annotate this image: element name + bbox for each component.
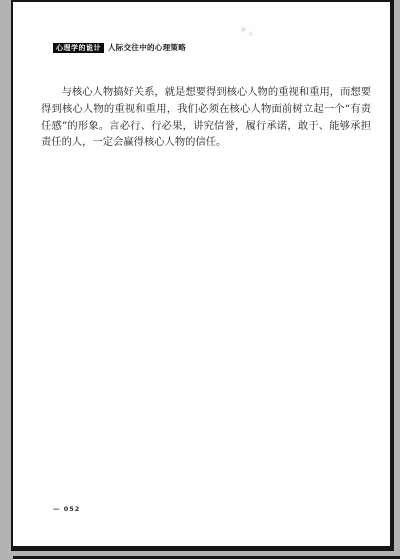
paragraph-line-4: 责任的人，一定会赢得核心人物的信任。 (41, 134, 371, 151)
book-subtitle: 人际交往中的心理策略 (108, 42, 186, 53)
book-title-badge: 心理学的诡计 (53, 43, 104, 53)
scanned-book-page-view: { "page": { "header": { "badge": "心理学的诡计… (0, 0, 400, 560)
paragraph-line-2: 得到核心人物的重视和重用，我们必须在核心人物面前树立起一个“有责 (41, 101, 371, 118)
scan-smudge-artifact (238, 24, 256, 38)
book-page: 心理学的诡计 人际交往中的心理策略 与核心人物搞好关系，就是想要得到核心人物的重… (11, 0, 394, 551)
body-paragraph: 与核心人物搞好关系，就是想要得到核心人物的重视和重用，而想要 得到核心人物的重视… (41, 84, 371, 151)
page-number: — 052 (53, 505, 80, 513)
paragraph-line-1: 与核心人物搞好关系，就是想要得到核心人物的重视和重用，而想要 (41, 84, 371, 101)
running-head: 心理学的诡计 人际交往中的心理策略 (53, 42, 186, 53)
paragraph-line-3: 任感”的形象。言必行、行必果，讲究信誉，履行承诺，敢于、能够承担 (41, 118, 371, 135)
